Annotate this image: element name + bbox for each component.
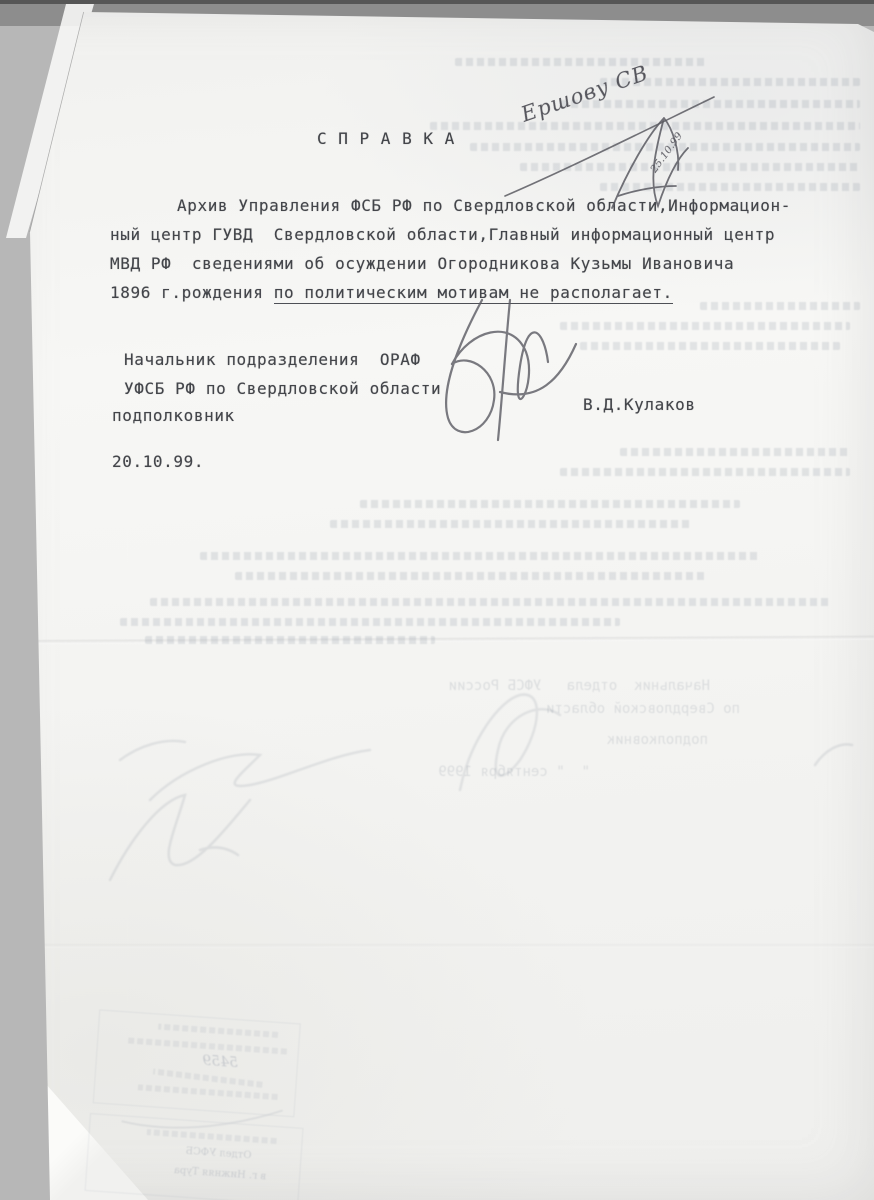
handwritten-strokes [0, 0, 874, 1200]
scanned-document-page: Начальник отдела УФСБ России по Свердлов… [0, 0, 874, 1200]
paper-sheet: Начальник отдела УФСБ России по Свердлов… [0, 0, 874, 1200]
